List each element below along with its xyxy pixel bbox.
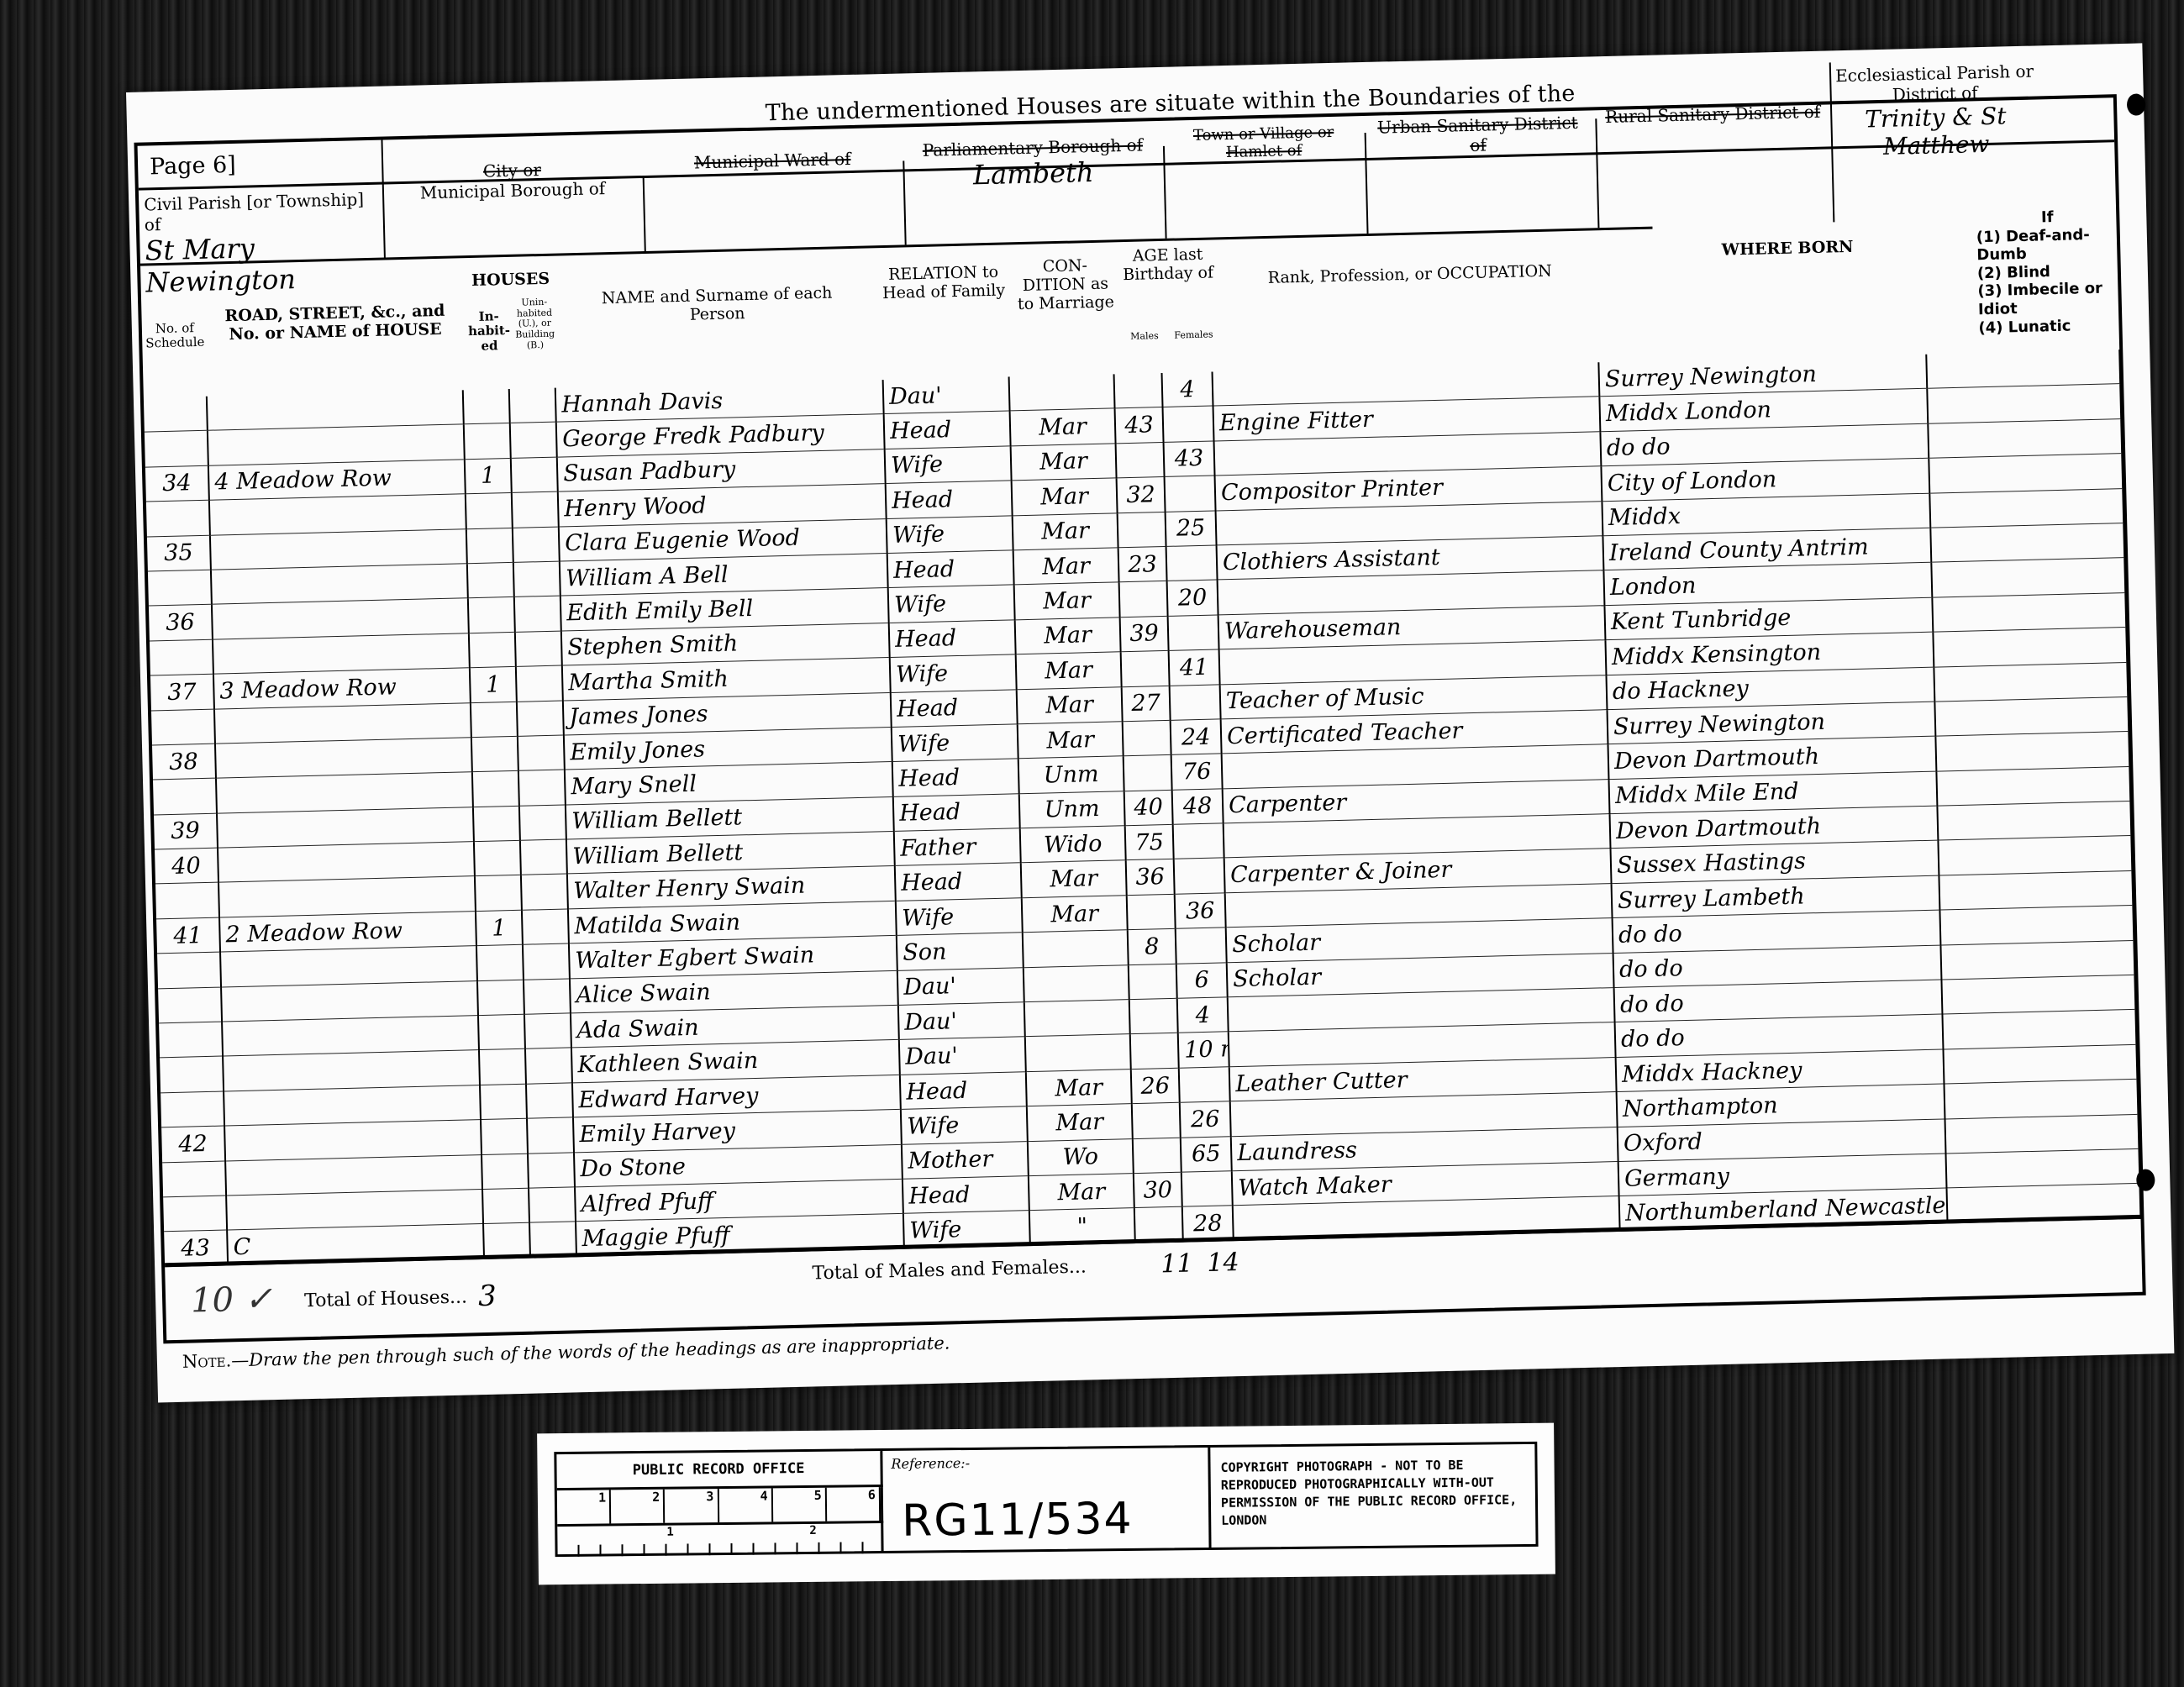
schedule-number: 38: [152, 744, 216, 780]
infirmity: [1939, 870, 2133, 910]
col-males: Males: [1121, 331, 1167, 343]
relation: Son: [897, 933, 1024, 970]
female-age: [1165, 476, 1216, 512]
relation: Mother: [902, 1141, 1029, 1179]
inhabited-count: [467, 562, 514, 598]
schedule-number: 35: [147, 535, 211, 571]
schedule-number: 41: [156, 917, 220, 954]
urban-sanitary-field: Urban Sanitary District of: [1368, 113, 1587, 158]
infirmity: [1939, 906, 2134, 945]
uninhabited-count: [521, 874, 568, 910]
schedule-number: [155, 883, 219, 919]
female-age: 41: [1169, 649, 1220, 686]
uninhabited-count: [514, 596, 561, 632]
col-uninhabited: Unin-habited (U.), or Building (B.): [511, 297, 559, 352]
marital-condition: Mar: [1017, 686, 1123, 723]
rural-sanitary-field: Rural Sanitary District of: [1599, 102, 1827, 128]
relation: Head: [884, 411, 1011, 449]
ink-blot-icon: [2136, 1169, 2155, 1191]
uninhabited-count: [518, 770, 566, 806]
female-age: [1181, 1171, 1233, 1207]
uninhabited-count: [528, 1152, 575, 1188]
infirmity: [1930, 523, 2124, 563]
town-village-field: Town or Village or Hamlet of: [1166, 123, 1360, 163]
uninhabited-count: [518, 735, 565, 771]
relation: Head: [900, 1071, 1027, 1109]
female-age: [1179, 1067, 1230, 1103]
marital-condition: Mar: [1016, 652, 1122, 689]
inhabited-count: 1: [465, 458, 512, 494]
civil-parish-field: Civil Parish [or Township] of St Mary Ne…: [144, 189, 377, 299]
col-name: NAME and Surname of each Person: [578, 284, 856, 328]
marital-condition: Mar: [1029, 1174, 1134, 1211]
male-age: [1116, 442, 1165, 478]
schedule-number: [148, 570, 212, 606]
parliamentary-borough-field: Parliamentary Borough of Lambeth: [907, 134, 1160, 192]
col-road: ROAD, STREET, &c., and No. or NAME of HO…: [208, 302, 461, 344]
male-age: [1133, 1138, 1181, 1174]
col-infirmity: If (1) Deaf-and-Dumb (2) Blind (3) Imbec…: [1976, 207, 2122, 337]
pro-scale: 1 2 3 4 5 6: [557, 1487, 883, 1527]
col-where-born: WHERE BORN: [1619, 236, 1955, 263]
schedule-number: [146, 500, 210, 536]
female-age: 48: [1172, 789, 1224, 825]
marital-condition: Unm: [1018, 756, 1124, 793]
uninhabited-count: [513, 527, 560, 563]
relation: Wife: [887, 515, 1013, 553]
relation: Head: [892, 759, 1019, 796]
male-age: 27: [1122, 686, 1171, 722]
relation: Head: [886, 481, 1013, 518]
col-age: AGE last Birthday of: [1119, 245, 1217, 284]
uninhabited-count: [525, 1048, 572, 1084]
schedule-number: [153, 778, 217, 814]
inhabited-count: 1: [470, 666, 517, 702]
inhabited-count: [473, 806, 520, 842]
infirmity: [1928, 418, 2122, 458]
uninhabited-count: [516, 665, 563, 702]
marital-condition: [1024, 1000, 1130, 1037]
schedule-number: [144, 397, 208, 433]
male-age: 23: [1118, 546, 1167, 582]
ruler: 1 2: [557, 1523, 883, 1557]
reference-box: Reference:- RG11/534: [884, 1448, 1211, 1551]
relation: Head: [887, 550, 1014, 588]
inhabited-count: [471, 736, 518, 772]
rural-sanitary-label: Rural Sanitary District of: [1599, 102, 1827, 128]
infirmity: [1937, 801, 2131, 841]
marital-condition: [1023, 930, 1129, 967]
infirmity: [1941, 975, 2135, 1014]
marital-condition: [1009, 374, 1115, 411]
female-age: [1163, 406, 1214, 442]
census-table: Hannah DavisDau'4Surrey NewingtonGeorge …: [144, 349, 2142, 1267]
town-village-label: Town or Village or Hamlet of: [1166, 123, 1360, 163]
total-females: 14: [1207, 1248, 1239, 1278]
male-age: 30: [1134, 1172, 1182, 1208]
census-sheet: The undermentioned Houses are situate wi…: [126, 43, 2174, 1402]
copyright-notice: COPYRIGHT PHOTOGRAPH - NOT TO BE REPRODU…: [1220, 1456, 1532, 1530]
infirmity-lunatic: (4) Lunatic: [1978, 316, 2121, 338]
schedule-number: [161, 1091, 224, 1127]
inhabited-count: [469, 632, 516, 668]
col-relation: RELATION to Head of Family: [880, 263, 1007, 302]
female-age: 76: [1171, 754, 1223, 790]
ink-blot-icon: [2127, 93, 2146, 116]
schedule-number: [145, 431, 208, 467]
male-age: [1123, 720, 1171, 756]
inhabited-count: [472, 771, 519, 807]
inhabited-count: [482, 1188, 529, 1224]
female-age: 6: [1176, 962, 1228, 998]
public-record-office-label: PUBLIC RECORD OFFICE 1 2 3 4 5 6 1 2 Ref…: [537, 1423, 1555, 1585]
inhabited-count: [478, 1014, 525, 1050]
schedule-number: [158, 987, 222, 1023]
male-age: [1129, 964, 1177, 1000]
uninhabited-count: [523, 943, 570, 980]
female-age: 25: [1166, 511, 1217, 547]
relation: Head: [893, 793, 1020, 831]
inhabited-count: [464, 423, 511, 460]
inhabited-count: [479, 1049, 526, 1085]
ecclesiastical-parish-label: Ecclesiastical Parish or District of: [1834, 60, 2036, 106]
schedule-number: 42: [161, 1126, 225, 1162]
male-age: [1118, 512, 1166, 548]
infirmity-imbecile: (3) Imbecile or Idiot: [1977, 279, 2121, 318]
uninhabited-count: [517, 701, 564, 737]
relation: Dau': [898, 1002, 1025, 1040]
uninhabited-count: [511, 457, 558, 493]
marital-condition: Mar: [1022, 896, 1128, 933]
col-schedule: No. of Schedule: [145, 321, 205, 351]
uninhabited-count: [519, 805, 566, 841]
total-males: 11: [1160, 1248, 1193, 1279]
infirmity: [1936, 766, 2130, 806]
marital-condition: Mar: [1021, 860, 1127, 897]
marital-condition: Mar: [1011, 444, 1117, 481]
uninhabited-count: [522, 909, 569, 945]
infirmity: [1929, 454, 2123, 493]
schedule-number: 36: [149, 605, 213, 641]
uninhabited-count: [524, 979, 571, 1015]
female-age: 43: [1164, 441, 1215, 477]
marital-condition: Mar: [1026, 1069, 1132, 1106]
inhabited-count: [468, 597, 515, 633]
uninhabited-count: [510, 423, 557, 459]
infirmity: [1946, 1148, 2140, 1188]
uninhabited-count: [527, 1117, 574, 1154]
relation: Father: [894, 828, 1021, 866]
infirmity: [1933, 628, 2127, 667]
marital-condition: [1024, 964, 1129, 1001]
uninhabited-count: [524, 1013, 571, 1049]
infirmity: [1938, 836, 2132, 875]
male-age: 36: [1126, 859, 1175, 896]
male-age: 26: [1131, 1068, 1180, 1104]
schedule-number: [159, 1022, 223, 1058]
male-age: [1132, 1102, 1181, 1138]
schedule-number: [160, 1056, 224, 1092]
male-age: [1119, 581, 1168, 618]
infirmity: [1934, 662, 2128, 702]
relation: Head: [889, 620, 1016, 658]
col-occupation: Rank, Profession, or OCCUPATION: [1234, 262, 1587, 289]
male-age: [1121, 651, 1170, 687]
schedule-number: [157, 952, 221, 988]
total-males-females-label: Total of Males and Females...: [812, 1256, 1087, 1284]
census-form: Page 6] Civil Parish [or Township] of St…: [134, 94, 2145, 1343]
male-age: [1124, 755, 1172, 791]
female-age: 36: [1175, 893, 1226, 929]
col-inhabited: In-habit-ed: [467, 309, 510, 354]
schedule-number: 37: [150, 674, 214, 710]
inhabited-count: [463, 389, 510, 424]
infirmity-deaf-dumb: (1) Deaf-and-Dumb: [1976, 225, 2120, 265]
schedule-number: [151, 709, 215, 745]
male-age: 75: [1125, 824, 1174, 860]
schedule-number: 40: [155, 848, 218, 884]
marital-condition: [1025, 1034, 1131, 1071]
inhabited-count: [475, 875, 522, 912]
inhabited-count: [474, 840, 521, 876]
male-age: [1114, 373, 1163, 408]
inhabited-count: [466, 493, 513, 529]
infirmity: [1927, 384, 2121, 423]
col-condition: CON-DITION as to Marriage: [1014, 256, 1117, 313]
marital-condition: Mar: [1015, 618, 1121, 654]
inhabited-count: 1: [476, 910, 523, 946]
inhabited-count: [466, 528, 513, 564]
total-houses-value: 3: [478, 1280, 497, 1314]
civil-parish-label: Civil Parish [or Township] of: [144, 189, 376, 235]
marital-condition: Mar: [1018, 722, 1124, 759]
civil-parish-value: St Mary Newington: [145, 229, 377, 299]
marital-condition: Mar: [1010, 408, 1116, 445]
relation: Dau': [899, 1037, 1026, 1075]
pro-title: PUBLIC RECORD OFFICE: [556, 1451, 882, 1490]
female-age: 4: [1177, 997, 1229, 1033]
female-age: [1173, 823, 1224, 859]
marital-condition: Mar: [1013, 548, 1119, 585]
uninhabited-count: [509, 388, 556, 423]
male-age: [1129, 998, 1178, 1034]
infirmity: [1932, 592, 2126, 632]
male-age: 43: [1115, 407, 1164, 444]
female-age: 10 mo: [1178, 1032, 1229, 1068]
relation: Head: [895, 863, 1022, 901]
marital-condition: Unm: [1019, 791, 1125, 828]
inhabited-count: [482, 1154, 529, 1190]
schedule-number: [163, 1196, 227, 1232]
relation: Head: [891, 689, 1018, 727]
male-age: 39: [1120, 616, 1169, 652]
marital-condition: Wido: [1020, 826, 1126, 863]
uninhabited-count: [526, 1083, 573, 1119]
parliamentary-borough-value: Lambeth: [907, 155, 1160, 192]
infirmity: [1945, 1114, 2139, 1154]
uninhabited-count: [529, 1187, 576, 1223]
inhabited-count: [480, 1084, 527, 1120]
ecclesiastical-parish-value: Trinity & St Matthew: [1834, 101, 2038, 161]
relation: Wife: [888, 585, 1015, 623]
municipal-borough-field: City or Municipal Borough of: [386, 157, 639, 203]
infirmity: [1935, 732, 2129, 771]
marital-condition: Mar: [1027, 1104, 1133, 1141]
female-age: 65: [1181, 1136, 1232, 1172]
marital-condition: Mar: [1012, 478, 1118, 515]
schedule-number: [162, 1161, 226, 1197]
female-age: [1170, 684, 1221, 720]
infirmity: [1934, 696, 2129, 736]
uninhabited-count: [513, 561, 560, 597]
relation: Wife: [892, 724, 1018, 762]
schedule-number: 39: [154, 813, 218, 849]
marital-condition: Mar: [1014, 582, 1120, 619]
male-age: [1130, 1033, 1179, 1069]
relation: Wife: [885, 446, 1012, 484]
infirmity: [1931, 558, 2125, 597]
female-age: 4: [1162, 372, 1213, 407]
male-age: [1127, 894, 1176, 930]
female-age: 20: [1167, 580, 1218, 616]
schedule-number: [150, 639, 213, 675]
relation: Wife: [901, 1106, 1028, 1144]
male-age: 40: [1124, 790, 1173, 826]
col-houses: HOUSES: [468, 271, 553, 291]
inhabited-count: [477, 980, 524, 1016]
marital-condition: Mar: [1013, 512, 1118, 549]
infirmity: [1943, 1044, 2137, 1084]
infirmity: [1940, 940, 2134, 980]
inhabited-count: [476, 945, 524, 981]
infirmity: [1929, 488, 2123, 528]
relation: Head: [903, 1176, 1029, 1214]
uninhabited-count: [520, 839, 567, 875]
female-age: [1176, 928, 1227, 964]
relation: Wife: [890, 654, 1017, 692]
infirmity: [1942, 1010, 2136, 1049]
reference-label: Reference:-: [891, 1455, 970, 1472]
inhabited-count: [471, 702, 518, 738]
female-age: [1174, 858, 1225, 894]
marital-condition: Wo: [1028, 1138, 1134, 1175]
schedule-number: 34: [145, 465, 209, 502]
urban-sanitary-label: Urban Sanitary District of: [1368, 113, 1587, 158]
female-age: [1166, 545, 1218, 581]
infirmity: [1944, 1080, 2138, 1119]
female-age: [1168, 615, 1219, 651]
col-females: Females: [1169, 329, 1218, 341]
uninhabited-count: [512, 491, 559, 528]
page-number: Page 6]: [150, 152, 236, 180]
relation: Dau': [883, 376, 1010, 414]
male-age: 8: [1128, 929, 1176, 965]
female-age: 26: [1180, 1101, 1231, 1138]
female-age: 24: [1171, 719, 1222, 755]
total-houses-label: Total of Houses...: [304, 1287, 467, 1312]
ecclesiastical-parish-field: Ecclesiastical Parish or District of Tri…: [1834, 60, 2038, 161]
uninhabited-count: [515, 631, 562, 667]
reference-value: RG11/534: [902, 1494, 1134, 1547]
infirmity: [1926, 349, 2120, 388]
male-age: 32: [1117, 477, 1166, 513]
relation: Dau': [897, 967, 1024, 1005]
inhabited-count: [481, 1118, 528, 1154]
relation: Wife: [896, 898, 1023, 936]
tally-mark: 10 ✓: [191, 1280, 273, 1320]
